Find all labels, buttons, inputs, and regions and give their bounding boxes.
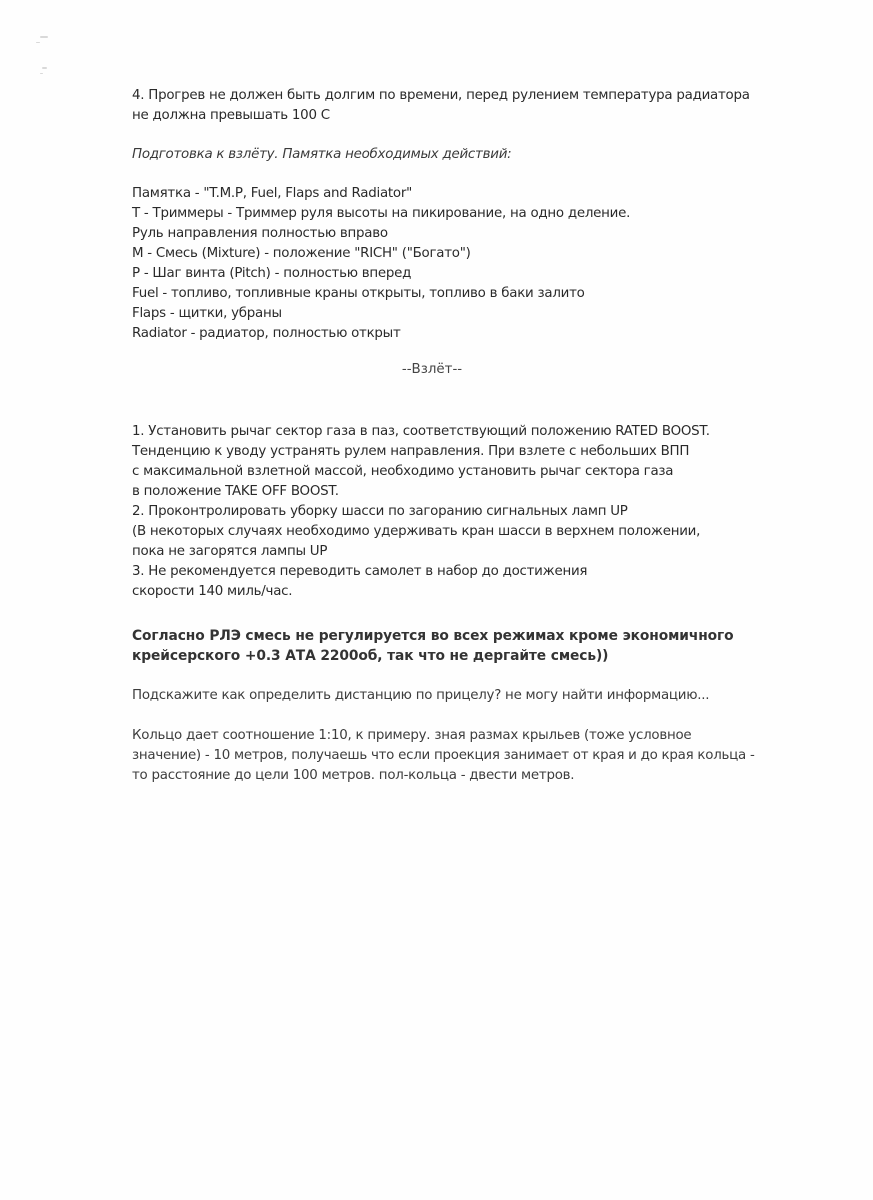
step-line: скорости 140 миль/час. bbox=[132, 582, 832, 602]
checklist-line: Руль направления полностью вправо bbox=[132, 224, 832, 244]
step-line: 3. Не рекомендуется переводить самолет в… bbox=[132, 562, 832, 582]
checklist-line: Flaps - щитки, убраны bbox=[132, 304, 832, 324]
checklist-memo: Памятка - "T.M.P, Fuel, Flaps and Radiat… bbox=[132, 184, 832, 344]
checklist-line: Р - Шаг винта (Pitch) - полностью вперед bbox=[132, 264, 832, 284]
step-line: Тенденцию к уводу устранять рулем направ… bbox=[132, 442, 832, 462]
text-line: не должна превышать 100 С bbox=[132, 106, 832, 126]
scan-artifact bbox=[40, 36, 48, 38]
takeoff-heading: --Взлёт-- bbox=[132, 360, 732, 380]
step-line: с максимальной взлетной массой, необходи… bbox=[132, 462, 832, 482]
scan-artifact bbox=[36, 42, 40, 43]
scan-artifact bbox=[42, 67, 47, 69]
checklist-line: М - Смесь (Mixture) - положение "RICH" (… bbox=[132, 244, 832, 264]
answer-line: Кольцо дает соотношение 1:10, к примеру.… bbox=[132, 726, 832, 746]
question-paragraph: Подскажите как определить дистанцию по п… bbox=[132, 686, 832, 706]
step-line: 2. Проконтролировать уборку шасси по заг… bbox=[132, 502, 832, 522]
step-line: пока не загорятся лампы UP bbox=[132, 542, 832, 562]
checklist-line: Т - Триммеры - Триммер руля высоты на пи… bbox=[132, 204, 832, 224]
answer-line: значение) - 10 метров, получаешь что есл… bbox=[132, 746, 832, 766]
note-line: Согласно РЛЭ смесь не регулируется во вс… bbox=[132, 626, 832, 646]
checklist-line: Radiator - радиатор, полностью открыт bbox=[132, 324, 832, 344]
step-line: в положение TAKE OFF BOOST. bbox=[132, 482, 832, 502]
question-line: Подскажите как определить дистанцию по п… bbox=[132, 686, 832, 706]
answer-line: то расстояние до цели 100 метров. пол-ко… bbox=[132, 766, 832, 786]
note-line: крейсерского +0.3 АТА 2200об, так что не… bbox=[132, 646, 832, 666]
takeoff-steps: 1. Установить рычаг сектор газа в паз, с… bbox=[132, 422, 832, 602]
paragraph-item-4: 4. Прогрев не должен быть долгим по врем… bbox=[132, 86, 832, 126]
checklist-line: Fuel - топливо, топливные краны открыты,… bbox=[132, 284, 832, 304]
checklist-line: Памятка - "T.M.P, Fuel, Flaps and Radiat… bbox=[132, 184, 832, 204]
scanned-page: 4. Прогрев не должен быть долгим по врем… bbox=[0, 0, 873, 1200]
step-line: (В некоторых случаях необходимо удержива… bbox=[132, 522, 832, 542]
mixture-note: Согласно РЛЭ смесь не регулируется во вс… bbox=[132, 626, 832, 666]
heading-text: Подготовка к взлёту. Памятка необходимых… bbox=[132, 145, 832, 165]
text-line: 4. Прогрев не должен быть долгим по врем… bbox=[132, 86, 832, 106]
document-body: 4. Прогрев не должен быть долгим по врем… bbox=[132, 86, 832, 786]
scan-artifact bbox=[40, 73, 43, 74]
preparation-heading: Подготовка к взлёту. Памятка необходимых… bbox=[132, 145, 832, 165]
answer-paragraph: Кольцо дает соотношение 1:10, к примеру.… bbox=[132, 726, 832, 786]
step-line: 1. Установить рычаг сектор газа в паз, с… bbox=[132, 422, 832, 442]
heading-text: --Взлёт-- bbox=[132, 360, 732, 380]
